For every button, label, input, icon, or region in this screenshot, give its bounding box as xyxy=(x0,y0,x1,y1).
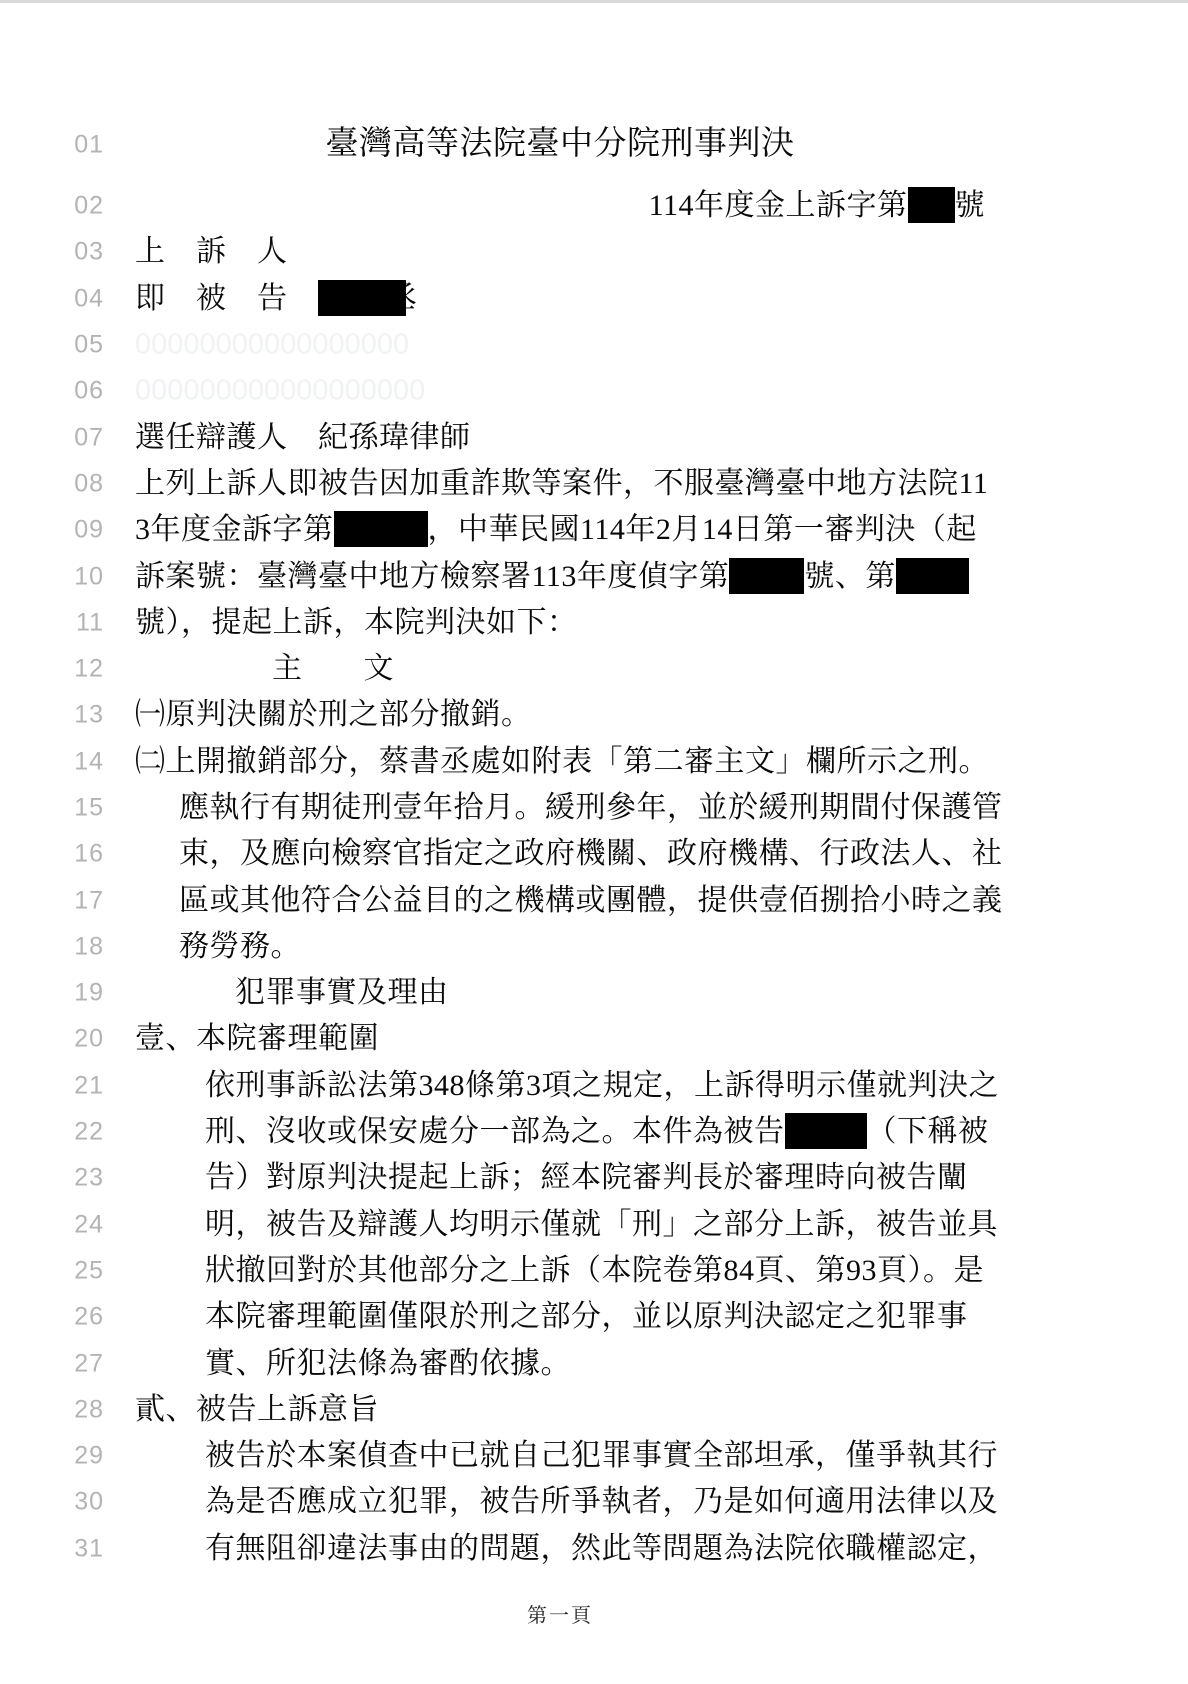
line-text: ㈠原判決關於刑之部分撤銷。 xyxy=(135,697,985,733)
document-line: 04即 被 告 丞 xyxy=(0,276,1188,322)
line-text: 務勞務。 xyxy=(135,929,985,965)
redaction-box xyxy=(318,280,406,316)
line-text: 114年度金上訴字第號 xyxy=(135,188,985,224)
line-text-segment: 號），提起上訴，本院判決如下： xyxy=(135,606,578,639)
document-line: 28貳、被告上訴意旨 xyxy=(0,1387,1188,1433)
document-line: 26本院審理範圍僅限於刑之部分，並以原判決認定之犯罪事 xyxy=(0,1294,1188,1340)
document-line: 0500000000000000000 xyxy=(0,322,1188,368)
line-number: 25 xyxy=(70,1256,104,1285)
line-number: 05 xyxy=(70,331,104,360)
line-text-segment: 犯罪事實及理由 xyxy=(235,976,449,1009)
line-text-segment: 刑、沒收或保安處分一部為之。本件為被告 xyxy=(205,1115,785,1148)
line-text: 000000000000000000 xyxy=(135,374,985,409)
line-text-segment: 依刑事訴訟法第348條第3項之規定，上訴得明示僅就判決之 xyxy=(205,1069,999,1102)
line-number: 07 xyxy=(70,423,104,452)
line-text-segment: 實、所犯法條為審酌依據。 xyxy=(205,1347,571,1380)
document-line: 11號），提起上訴，本院判決如下： xyxy=(0,600,1188,646)
line-text: 區或其他符合公益目的之機構或團體，提供壹佰捌拾小時之義 xyxy=(135,883,985,919)
document-line: 27實、所犯法條為審酌依據。 xyxy=(0,1340,1188,1386)
line-text: 號），提起上訴，本院判決如下： xyxy=(135,605,985,641)
line-text: 上列上訴人即被告因加重詐欺等案件，不服臺灣臺中地方法院11 xyxy=(135,466,985,502)
line-text: 實、所犯法條為審酌依據。 xyxy=(135,1346,985,1382)
document-body: 01臺灣高等法院臺中分院刑事判決02114年度金上訴字第號03上 訴 人04即 … xyxy=(0,115,1188,1572)
line-text: 即 被 告 丞 xyxy=(135,281,985,317)
line-number: 26 xyxy=(70,1303,104,1332)
line-text-segment: 3年度金訴字第 xyxy=(135,513,334,546)
document-line: 16束，及應向檢察官指定之政府機關、政府機構、行政法人、社 xyxy=(0,831,1188,877)
line-number: 02 xyxy=(70,192,104,221)
line-text: 犯罪事實及理由 xyxy=(135,975,985,1011)
redaction-box xyxy=(908,187,955,223)
document-line: 20壹、本院審理範圍 xyxy=(0,1016,1188,1062)
document-line: 31有無阻卻違法事由的問題，然此等問題為法院依職權認定， xyxy=(0,1526,1188,1572)
line-text-segment: （下稱被 xyxy=(867,1115,989,1148)
line-number: 06 xyxy=(70,377,104,406)
line-number: 15 xyxy=(70,794,104,823)
line-text: 告）對原判決提起上訴；經本院審判長於審理時向被告闡 xyxy=(135,1160,985,1196)
document-line: 29被告於本案偵查中已就自己犯罪事實全部坦承，僅爭執其行 xyxy=(0,1433,1188,1479)
page-number: 第一頁 xyxy=(135,1599,985,1628)
document-line: 10訴案號：臺灣臺中地方檢察署113年度偵字第號、第 xyxy=(0,553,1188,599)
line-number: 28 xyxy=(70,1395,104,1424)
line-text: 3年度金訴字第，中華民國114年2月14日第一審判決（起 xyxy=(135,512,985,548)
line-text: 有無阻卻違法事由的問題，然此等問題為法院依職權認定， xyxy=(135,1531,985,1567)
line-text-segment: 臺灣高等法院臺中分院刑事判決 xyxy=(326,126,795,162)
line-number: 16 xyxy=(70,840,104,869)
line-number: 14 xyxy=(70,747,104,776)
line-number: 13 xyxy=(70,701,104,730)
redaction-box xyxy=(896,558,969,594)
line-number: 10 xyxy=(70,562,104,591)
line-text-segment: ㈡上開撤銷部分，蔡書丞處如附表「第二審主文」欄所示之刑。 xyxy=(135,745,989,778)
line-text-segment: 00000000000000000 xyxy=(135,329,409,361)
line-text-segment: 即 被 告 xyxy=(135,282,318,315)
judgment-document-page: 01臺灣高等法院臺中分院刑事判決02114年度金上訴字第號03上 訴 人04即 … xyxy=(0,0,1188,1684)
line-number: 18 xyxy=(70,932,104,961)
line-number: 12 xyxy=(70,655,104,684)
line-number: 22 xyxy=(70,1118,104,1147)
document-line: 02114年度金上訴字第號 xyxy=(0,183,1188,229)
line-text-segment: 貳、被告上訴意旨 xyxy=(135,1393,379,1426)
line-text: 明，被告及辯護人均明示僅就「刑」之部分上訴，被告並具 xyxy=(135,1207,985,1243)
redacted-name-tail: 丞 xyxy=(406,280,419,316)
line-number: 27 xyxy=(70,1349,104,1378)
line-text-segment: 114年度金上訴字第 xyxy=(649,189,908,222)
line-text: 上 訴 人 xyxy=(135,234,985,270)
line-number: 24 xyxy=(70,1210,104,1239)
line-text-segment: 束，及應向檢察官指定之政府機關、政府機構、行政法人、社 xyxy=(179,837,1003,870)
line-text: 為是否應成立犯罪，被告所爭執者，乃是如何適用法律以及 xyxy=(135,1484,985,1520)
document-line: 01臺灣高等法院臺中分院刑事判決 xyxy=(0,115,1188,175)
line-number: 23 xyxy=(70,1164,104,1193)
line-text-segment: ㈠原判決關於刑之部分撤銷。 xyxy=(135,698,532,731)
document-line: 23告）對原判決提起上訴；經本院審判長於審理時向被告闡 xyxy=(0,1155,1188,1201)
line-number: 31 xyxy=(70,1534,104,1563)
document-line: 25狀撤回對於其他部分之上訴（本院卷第84頁、第93頁）。是 xyxy=(0,1248,1188,1294)
redaction-box xyxy=(785,1113,867,1149)
document-line: 093年度金訴字第，中華民國114年2月14日第一審判決（起 xyxy=(0,507,1188,553)
redaction-box xyxy=(729,558,804,594)
redaction-box xyxy=(334,511,428,547)
line-text: 刑、沒收或保安處分一部為之。本件為被告（下稱被 xyxy=(135,1114,985,1150)
line-text-segment: 000000000000000000 xyxy=(135,375,425,407)
line-text-segment: 應執行有期徒刑壹年拾月。緩刑參年，並於緩刑期間付保護管 xyxy=(179,791,1003,824)
document-line: 06000000000000000000 xyxy=(0,368,1188,414)
line-text: 主 文 xyxy=(135,651,985,687)
line-text-segment: 上列上訴人即被告因加重詐欺等案件，不服臺灣臺中地方法院11 xyxy=(135,467,988,500)
document-line: 21依刑事訴訟法第348條第3項之規定，上訴得明示僅就判決之 xyxy=(0,1063,1188,1109)
line-text-segment: 告）對原判決提起上訴；經本院審判長於審理時向被告闡 xyxy=(205,1161,968,1194)
line-text-segment: 務勞務。 xyxy=(179,930,301,963)
line-text-segment: 號 xyxy=(955,189,986,222)
line-text-segment: 主 文 xyxy=(272,652,394,685)
line-text-segment: 上 訴 人 xyxy=(135,235,288,268)
line-number: 09 xyxy=(70,516,104,545)
document-line: 19犯罪事實及理由 xyxy=(0,970,1188,1016)
line-number: 21 xyxy=(70,1071,104,1100)
line-text: 束，及應向檢察官指定之政府機關、政府機構、行政法人、社 xyxy=(135,836,985,872)
line-text: 應執行有期徒刑壹年拾月。緩刑參年，並於緩刑期間付保護管 xyxy=(135,790,985,826)
line-text-segment: 被告於本案偵查中已就自己犯罪事實全部坦承，僅爭執其行 xyxy=(205,1439,998,1472)
line-number: 04 xyxy=(70,284,104,313)
line-number: 20 xyxy=(70,1025,104,1054)
line-text-segment: 明，被告及辯護人均明示僅就「刑」之部分上訴，被告並具 xyxy=(205,1208,998,1241)
line-number: 08 xyxy=(70,469,104,498)
document-line: 24明，被告及辯護人均明示僅就「刑」之部分上訴，被告並具 xyxy=(0,1202,1188,1248)
line-text: 貳、被告上訴意旨 xyxy=(135,1392,985,1428)
line-text: 本院審理範圍僅限於刑之部分，並以原判決認定之犯罪事 xyxy=(135,1299,985,1335)
line-text-segment: 區或其他符合公益目的之機構或團體，提供壹佰捌拾小時之義 xyxy=(179,884,1003,917)
line-number: 17 xyxy=(70,886,104,915)
document-line: 22刑、沒收或保安處分一部為之。本件為被告（下稱被 xyxy=(0,1109,1188,1155)
line-text-segment: 本院審理範圍僅限於刑之部分，並以原判決認定之犯罪事 xyxy=(205,1300,968,1333)
line-text-segment: ，中華民國114年2月14日第一審判決（起 xyxy=(428,513,977,546)
document-line: 07選任辯護人 紀孫瑋律師 xyxy=(0,414,1188,460)
line-text: 壹、本院審理範圍 xyxy=(135,1021,985,1057)
line-text: 臺灣高等法院臺中分院刑事判決 xyxy=(135,125,985,165)
document-line: 03上 訴 人 xyxy=(0,229,1188,275)
line-text: ㈡上開撤銷部分，蔡書丞處如附表「第二審主文」欄所示之刑。 xyxy=(135,744,985,780)
line-text: 狀撤回對於其他部分之上訴（本院卷第84頁、第93頁）。是 xyxy=(135,1253,985,1289)
line-text-segment: 為是否應成立犯罪，被告所爭執者，乃是如何適用法律以及 xyxy=(205,1485,998,1518)
line-number: 29 xyxy=(70,1442,104,1471)
document-line: 30為是否應成立犯罪，被告所爭執者，乃是如何適用法律以及 xyxy=(0,1479,1188,1525)
document-line: 08上列上訴人即被告因加重詐欺等案件，不服臺灣臺中地方法院11 xyxy=(0,461,1188,507)
line-number: 03 xyxy=(70,238,104,267)
line-number: 30 xyxy=(70,1488,104,1517)
line-text-segment: 有無阻卻違法事由的問題，然此等問題為法院依職權認定， xyxy=(205,1532,998,1565)
line-text-segment: 狀撤回對於其他部分之上訴（本院卷第84頁、第93頁）。是 xyxy=(205,1254,984,1287)
document-line: 13㈠原判決關於刑之部分撤銷。 xyxy=(0,692,1188,738)
line-text: 訴案號：臺灣臺中地方檢察署113年度偵字第號、第 xyxy=(135,559,985,595)
document-line: 15應執行有期徒刑壹年拾月。緩刑參年，並於緩刑期間付保護管 xyxy=(0,785,1188,831)
line-text: 依刑事訴訟法第348條第3項之規定，上訴得明示僅就判決之 xyxy=(135,1068,985,1104)
line-text: 00000000000000000 xyxy=(135,328,985,363)
document-line: 18務勞務。 xyxy=(0,924,1188,970)
line-number: 01 xyxy=(70,131,104,160)
line-number: 11 xyxy=(70,608,104,637)
line-text: 選任辯護人 紀孫瑋律師 xyxy=(135,420,985,456)
document-line: 17區或其他符合公益目的之機構或團體，提供壹佰捌拾小時之義 xyxy=(0,877,1188,923)
line-text-segment: 號、第 xyxy=(804,560,896,593)
document-line: 14㈡上開撤銷部分，蔡書丞處如附表「第二審主文」欄所示之刑。 xyxy=(0,739,1188,785)
line-number: 19 xyxy=(70,979,104,1008)
line-text: 被告於本案偵查中已就自己犯罪事實全部坦承，僅爭執其行 xyxy=(135,1438,985,1474)
line-text-segment: 訴案號：臺灣臺中地方檢察署113年度偵字第 xyxy=(135,560,729,593)
document-line: 12主 文 xyxy=(0,646,1188,692)
line-text-segment: 選任辯護人 紀孫瑋律師 xyxy=(135,421,471,454)
line-text-segment: 壹、本院審理範圍 xyxy=(135,1022,379,1055)
